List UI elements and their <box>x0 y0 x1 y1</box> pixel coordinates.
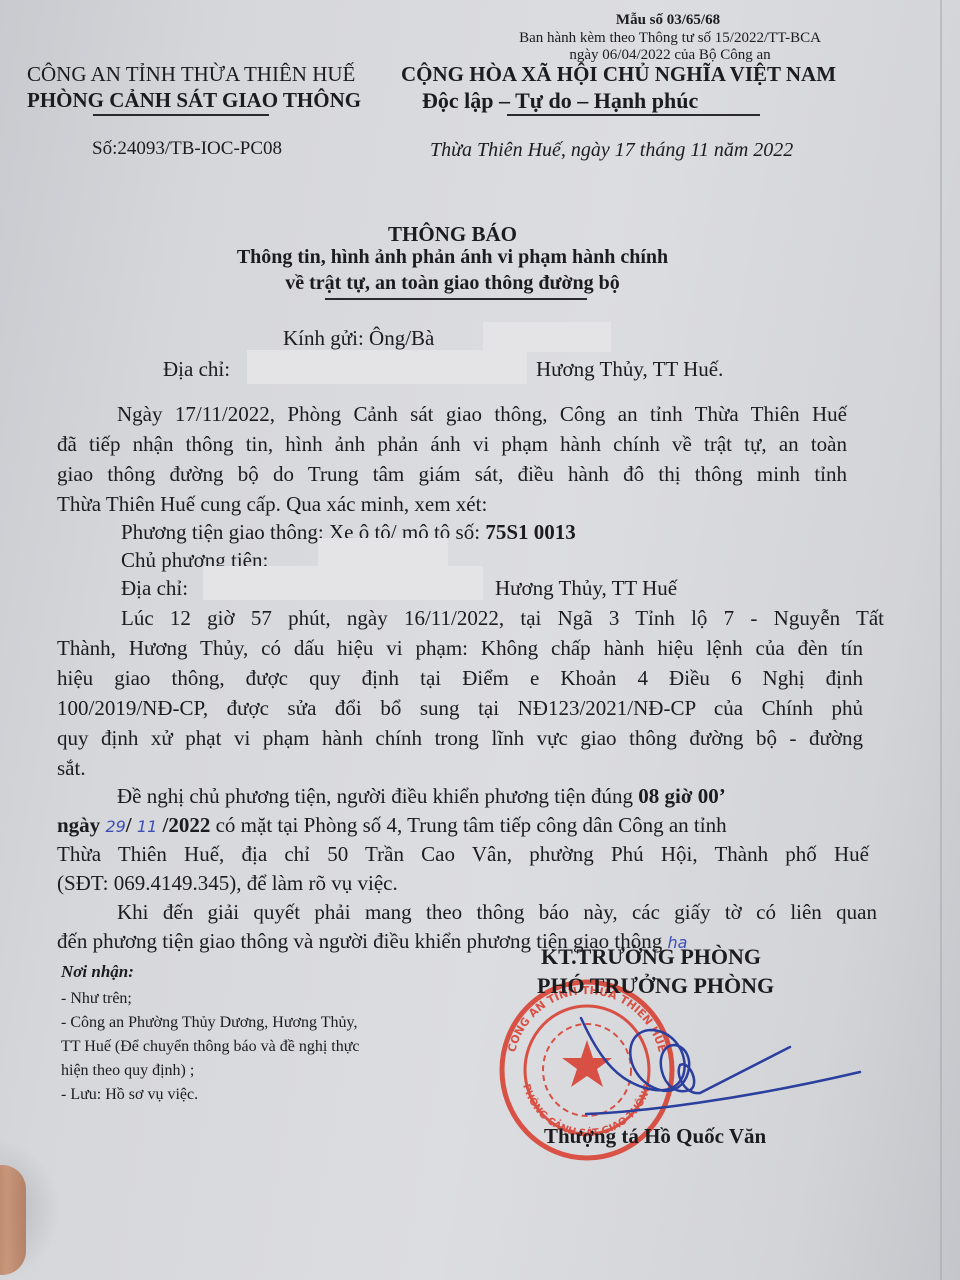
stamp-and-signature: CÔNG AN TỈNH THỪA THIÊN HUẾ PHÒNG CẢNH S… <box>0 0 960 1280</box>
signer-name: Thượng tá Hồ Quốc Văn <box>544 1124 766 1149</box>
stamp-star-icon <box>562 1040 612 1087</box>
signature-on-behalf: KT.TRƯỞNG PHÒNG <box>541 944 761 970</box>
signature-position: PHÓ TRƯỞNG PHÒNG <box>537 973 774 999</box>
signature-mark <box>581 1018 860 1114</box>
